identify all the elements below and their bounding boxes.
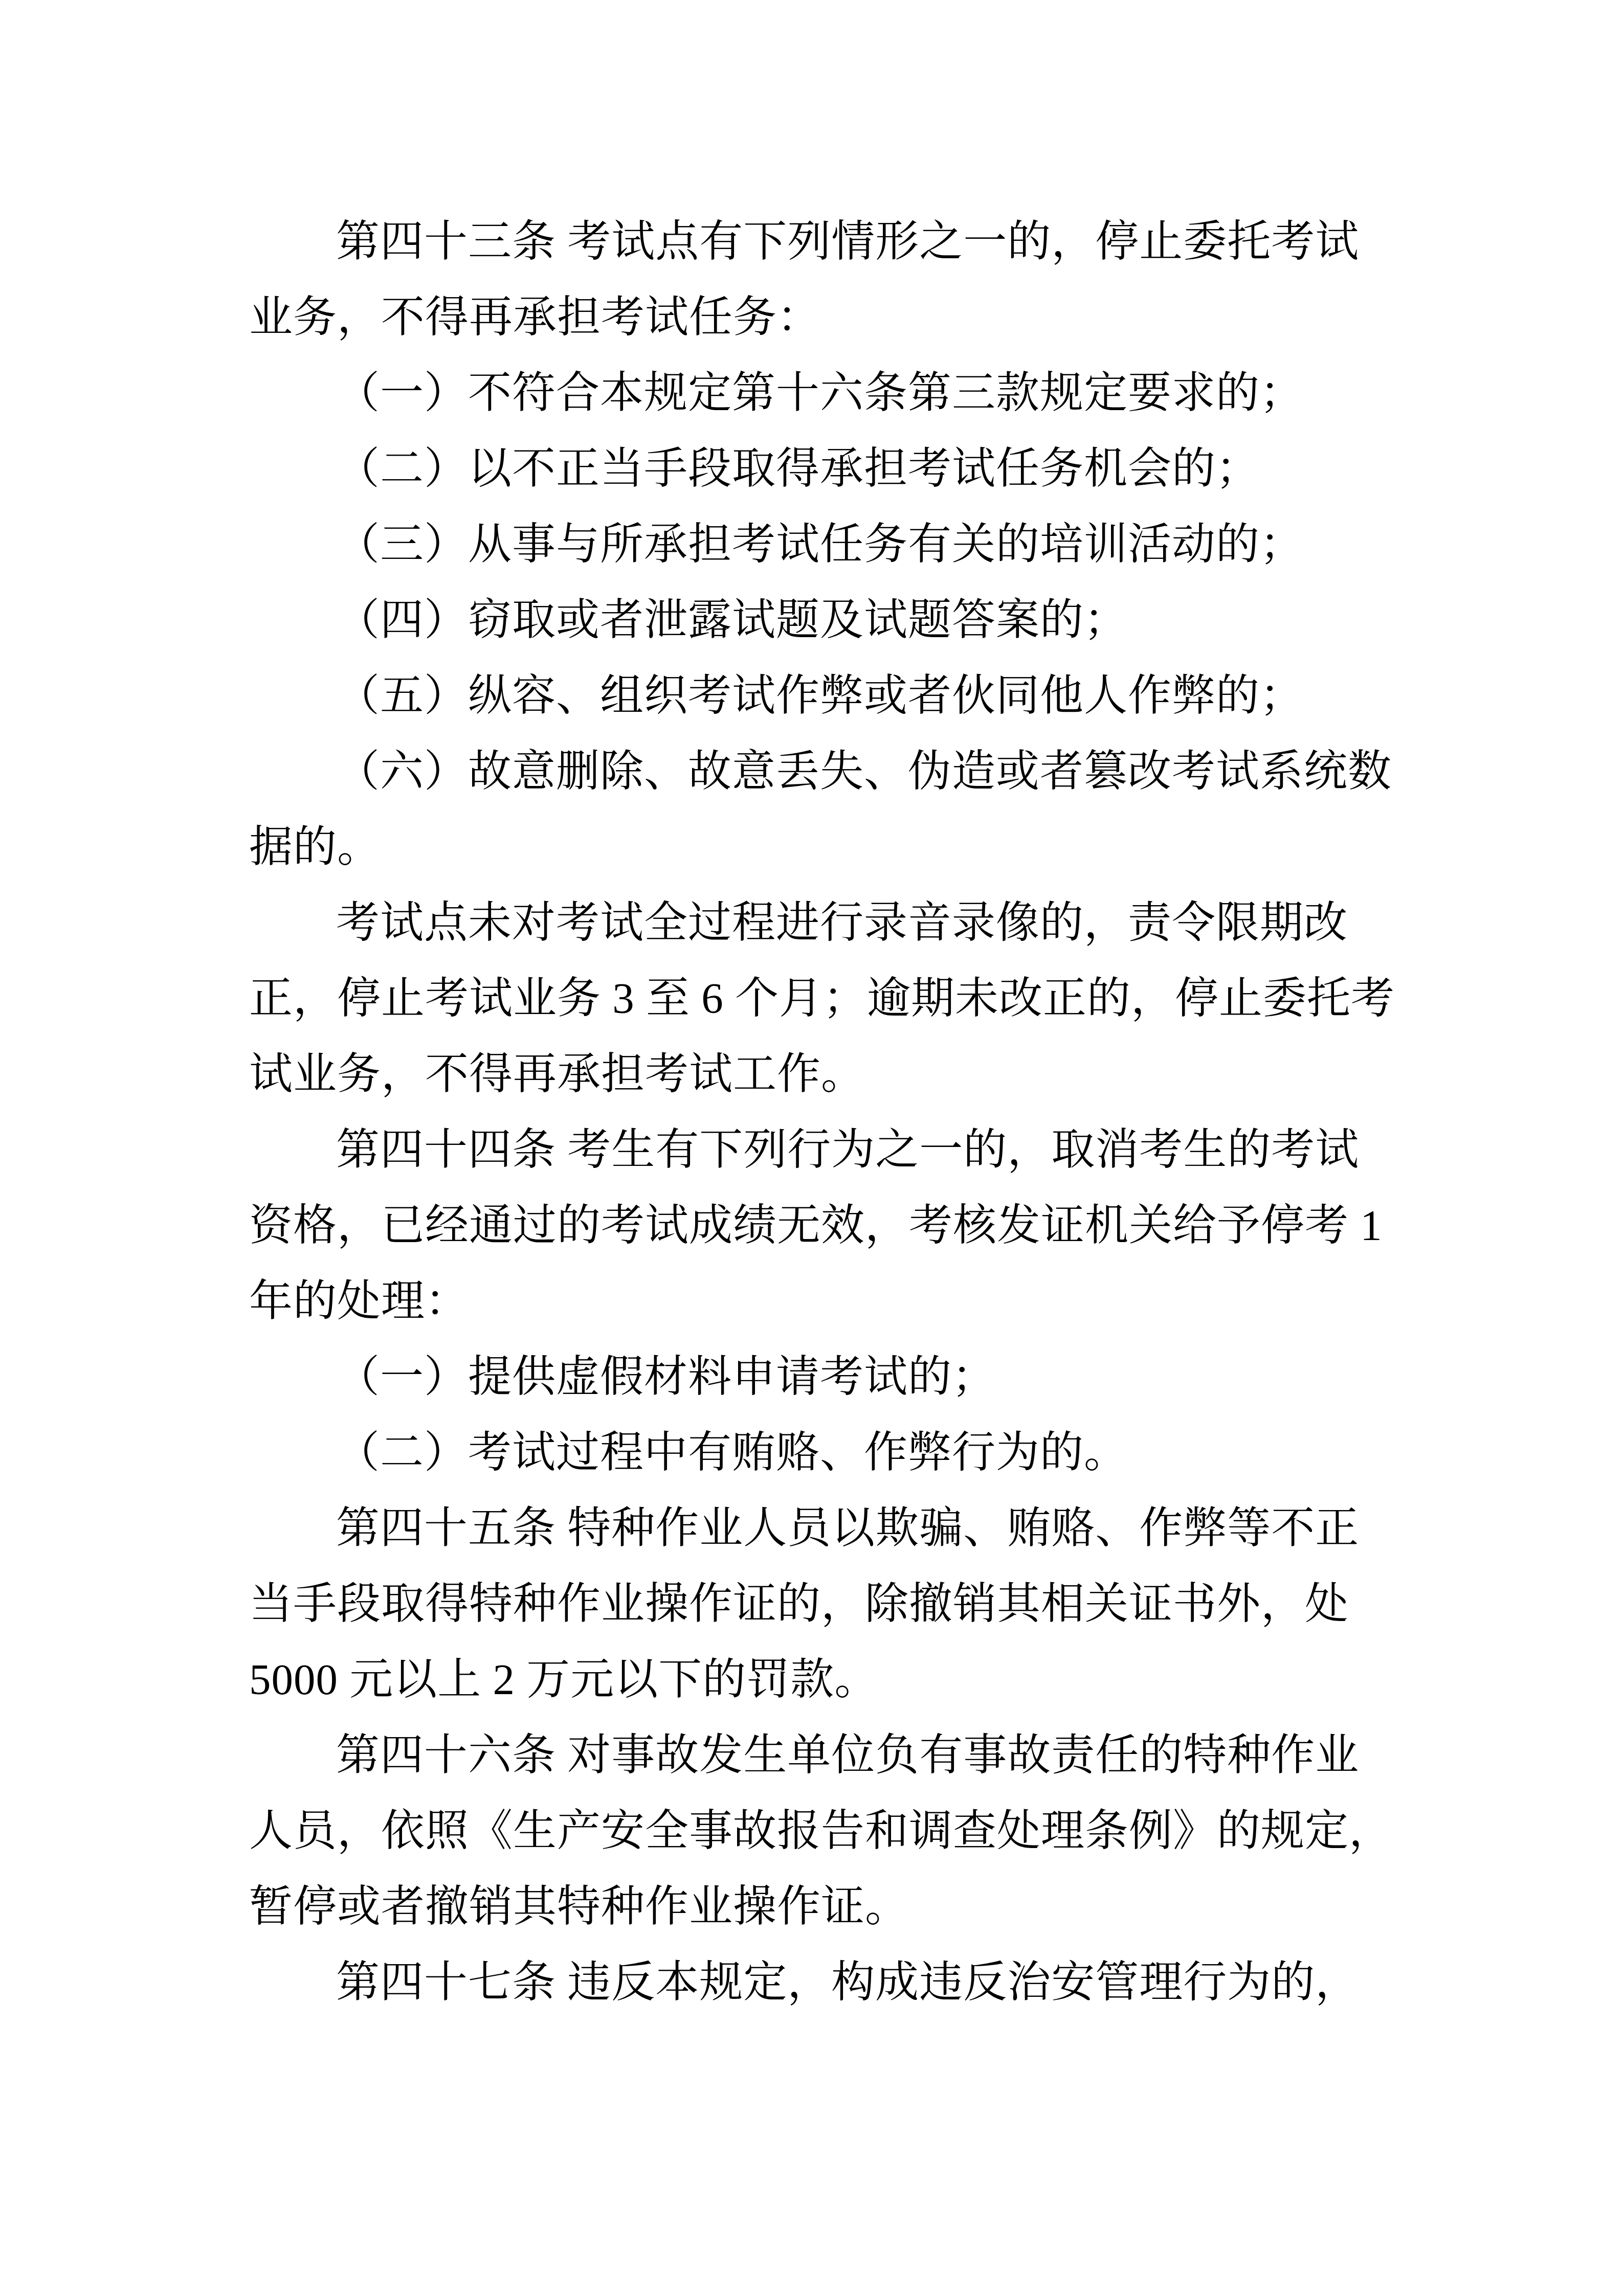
text-line: 第四十五条 特种作业人员以欺骗、贿赂、作弊等不正 xyxy=(249,1491,1369,1566)
text-line: 据的。 xyxy=(249,809,1369,885)
text-line: （六）故意删除、故意丢失、伪造或者篡改考试系统数 xyxy=(249,734,1369,809)
text-line: （二）以不正当手段取得承担考试任务机会的； xyxy=(249,431,1369,507)
text-line: （四）窃取或者泄露试题及试题答案的； xyxy=(249,582,1369,658)
text-line: 暂停或者撤销其特种作业操作证。 xyxy=(249,1869,1369,1945)
text-line: 当手段取得特种作业操作证的，除撤销其相关证书外，处 xyxy=(249,1566,1369,1642)
text-line: 业务，不得再承担考试任务： xyxy=(249,280,1369,355)
document-body: 第四十三条 考试点有下列情形之一的，停止委托考试业务，不得再承担考试任务：（一）… xyxy=(249,204,1369,2020)
text-line: （一）提供虚假材料申请考试的； xyxy=(249,1339,1369,1415)
text-line: 5000 元以上 2 万元以下的罚款。 xyxy=(249,1642,1369,1718)
text-line: 试业务，不得再承担考试工作。 xyxy=(249,1037,1369,1112)
text-line: 正，停止考试业务 3 至 6 个月；逾期未改正的，停止委托考 xyxy=(249,961,1369,1037)
text-line: （二）考试过程中有贿赂、作弊行为的。 xyxy=(249,1415,1369,1491)
text-line: （三）从事与所承担考试任务有关的培训活动的； xyxy=(249,507,1369,582)
text-line: 第四十六条 对事故发生单位负有事故责任的特种作业 xyxy=(249,1718,1369,1793)
text-line: 年的处理： xyxy=(249,1264,1369,1339)
text-line: 人员，依照《生产安全事故报告和调查处理条例》的规定， xyxy=(249,1793,1369,1869)
text-line: 第四十四条 考生有下列行为之一的，取消考生的考试 xyxy=(249,1112,1369,1188)
text-line: 第四十七条 违反本规定，构成违反治安管理行为的， xyxy=(249,1945,1369,2020)
text-line: 资格，已经通过的考试成绩无效，考核发证机关给予停考 1 xyxy=(249,1188,1369,1264)
text-line: 第四十三条 考试点有下列情形之一的，停止委托考试 xyxy=(249,204,1369,280)
text-line: （五）纵容、组织考试作弊或者伙同他人作弊的； xyxy=(249,658,1369,734)
text-line: （一）不符合本规定第十六条第三款规定要求的； xyxy=(249,355,1369,431)
text-line: 考试点未对考试全过程进行录音录像的，责令限期改 xyxy=(249,885,1369,961)
document-page: 第四十三条 考试点有下列情形之一的，停止委托考试业务，不得再承担考试任务：（一）… xyxy=(0,0,1624,2296)
